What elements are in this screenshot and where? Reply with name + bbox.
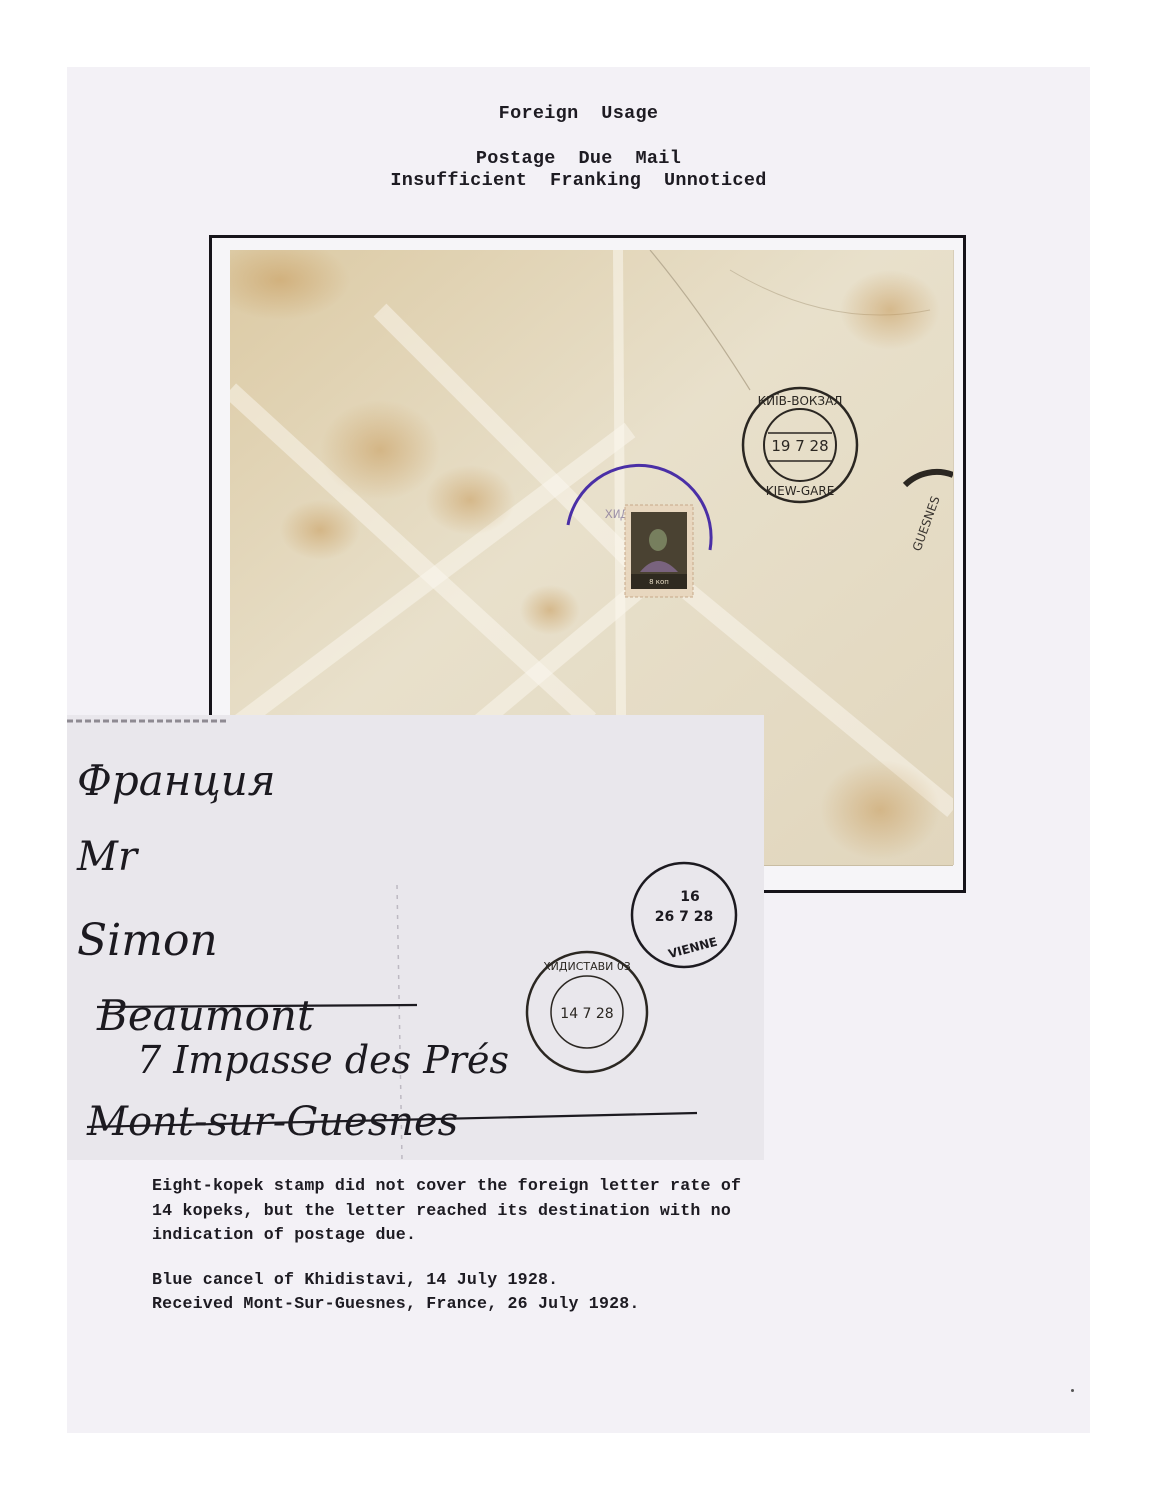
svg-text:7 Impasse des Prés: 7 Impasse des Prés	[137, 1038, 509, 1082]
svg-text:ХИДИСТАВИ 03: ХИДИСТАВИ 03	[543, 960, 631, 973]
caption-line: 14 kopeks, but the letter reached its de…	[152, 1199, 1052, 1224]
caption-line: indication of postage due.	[152, 1223, 1052, 1248]
postage-stamp: 8 коп	[625, 505, 693, 597]
svg-text:KIEW-GARE: KIEW-GARE	[766, 484, 835, 498]
svg-text:14 7 28: 14 7 28	[560, 1006, 613, 1022]
envelope-front-image: Франция Mr Simon Beaumont 7 Impasse des …	[67, 715, 764, 1160]
exhibit-page: Foreign Usage Postage Due Mail Insuffici…	[67, 67, 1090, 1433]
svg-text:Франция: Франция	[77, 756, 276, 805]
caption-line: Eight-kopek stamp did not cover the fore…	[152, 1174, 1052, 1199]
paragraph-gap	[152, 1248, 1052, 1268]
svg-text:КИЇВ-ВОКЗАЛ: КИЇВ-ВОКЗАЛ	[758, 393, 843, 408]
svg-text:16: 16	[680, 889, 699, 905]
svg-text:Beaumont: Beaumont	[96, 991, 314, 1040]
caption-line: Received Mont-Sur-Guesnes, France, 26 Ju…	[152, 1292, 1052, 1317]
svg-text:Mr: Mr	[76, 834, 140, 880]
svg-text:8 коп: 8 коп	[649, 578, 669, 586]
subtitle-text: Insufficient Franking Unnoticed	[390, 170, 766, 191]
caption-line: Blue cancel of Khidistavi, 14 July 1928.	[152, 1268, 1052, 1293]
subtitle-text: Postage Due Mail	[476, 148, 681, 169]
subtitle-line-2: Insufficient Franking Unnoticed	[67, 170, 1090, 191]
svg-text:26 7 28: 26 7 28	[655, 909, 713, 925]
subtitle-line-1: Postage Due Mail	[67, 148, 1090, 169]
page-title: Foreign Usage	[67, 103, 1090, 124]
scan-speck	[1071, 1389, 1074, 1392]
title-text: Foreign Usage	[499, 103, 659, 124]
svg-text:19 7 28: 19 7 28	[771, 437, 828, 455]
svg-text:Simon: Simon	[77, 915, 218, 966]
caption: Eight-kopek stamp did not cover the fore…	[152, 1174, 1052, 1317]
envelope-front-artwork: Франция Mr Simon Beaumont 7 Impasse des …	[67, 715, 764, 1160]
